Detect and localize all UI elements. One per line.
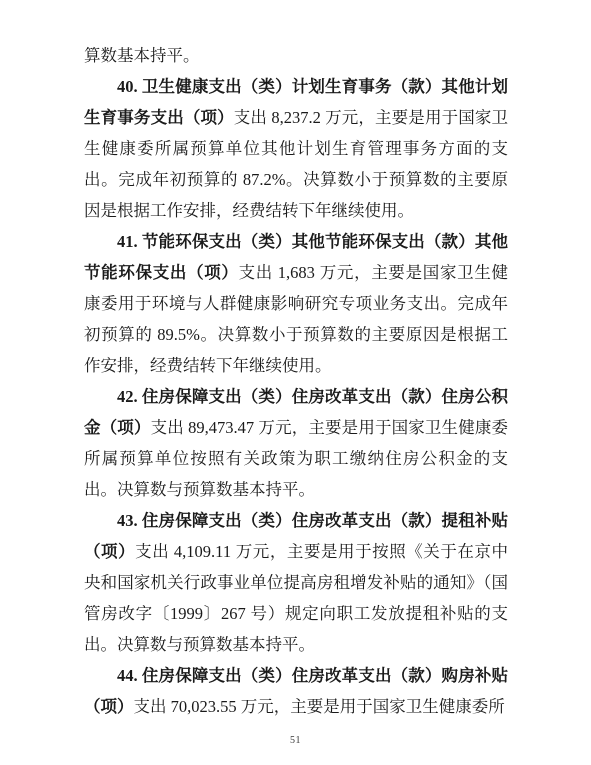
paragraph: 43. 住房保障支出（类）住房改革支出（款）提租补贴（项）支出 4,109.11… bbox=[84, 505, 508, 660]
document-body: 算数基本持平。40. 卫生健康支出（类）计划生育事务（款）其他计划生育事务支出（… bbox=[84, 40, 508, 722]
paragraph: 算数基本持平。 bbox=[84, 40, 508, 71]
body-text: 支出 4,109.11 万元，主要是用于按照《关于在京中央和国家机关行政事业单位… bbox=[84, 542, 508, 654]
paragraph: 41. 节能环保支出（类）其他节能环保支出（款）其他节能环保支出（项）支出 1,… bbox=[84, 226, 508, 381]
paragraph: 40. 卫生健康支出（类）计划生育事务（款）其他计划生育事务支出（项）支出 8,… bbox=[84, 71, 508, 226]
paragraph: 44. 住房保障支出（类）住房改革支出（款）购房补贴（项）支出 70,023.5… bbox=[84, 660, 508, 722]
body-text: 算数基本持平。 bbox=[84, 46, 200, 65]
page-number: 51 bbox=[0, 735, 591, 746]
document-page: 算数基本持平。40. 卫生健康支出（类）计划生育事务（款）其他计划生育事务支出（… bbox=[0, 0, 591, 765]
paragraph: 42. 住房保障支出（类）住房改革支出（款）住房公积金（项）支出 89,473.… bbox=[84, 381, 508, 505]
body-text: 支出 70,023.55 万元，主要是用于国家卫生健康委所 bbox=[134, 697, 505, 716]
